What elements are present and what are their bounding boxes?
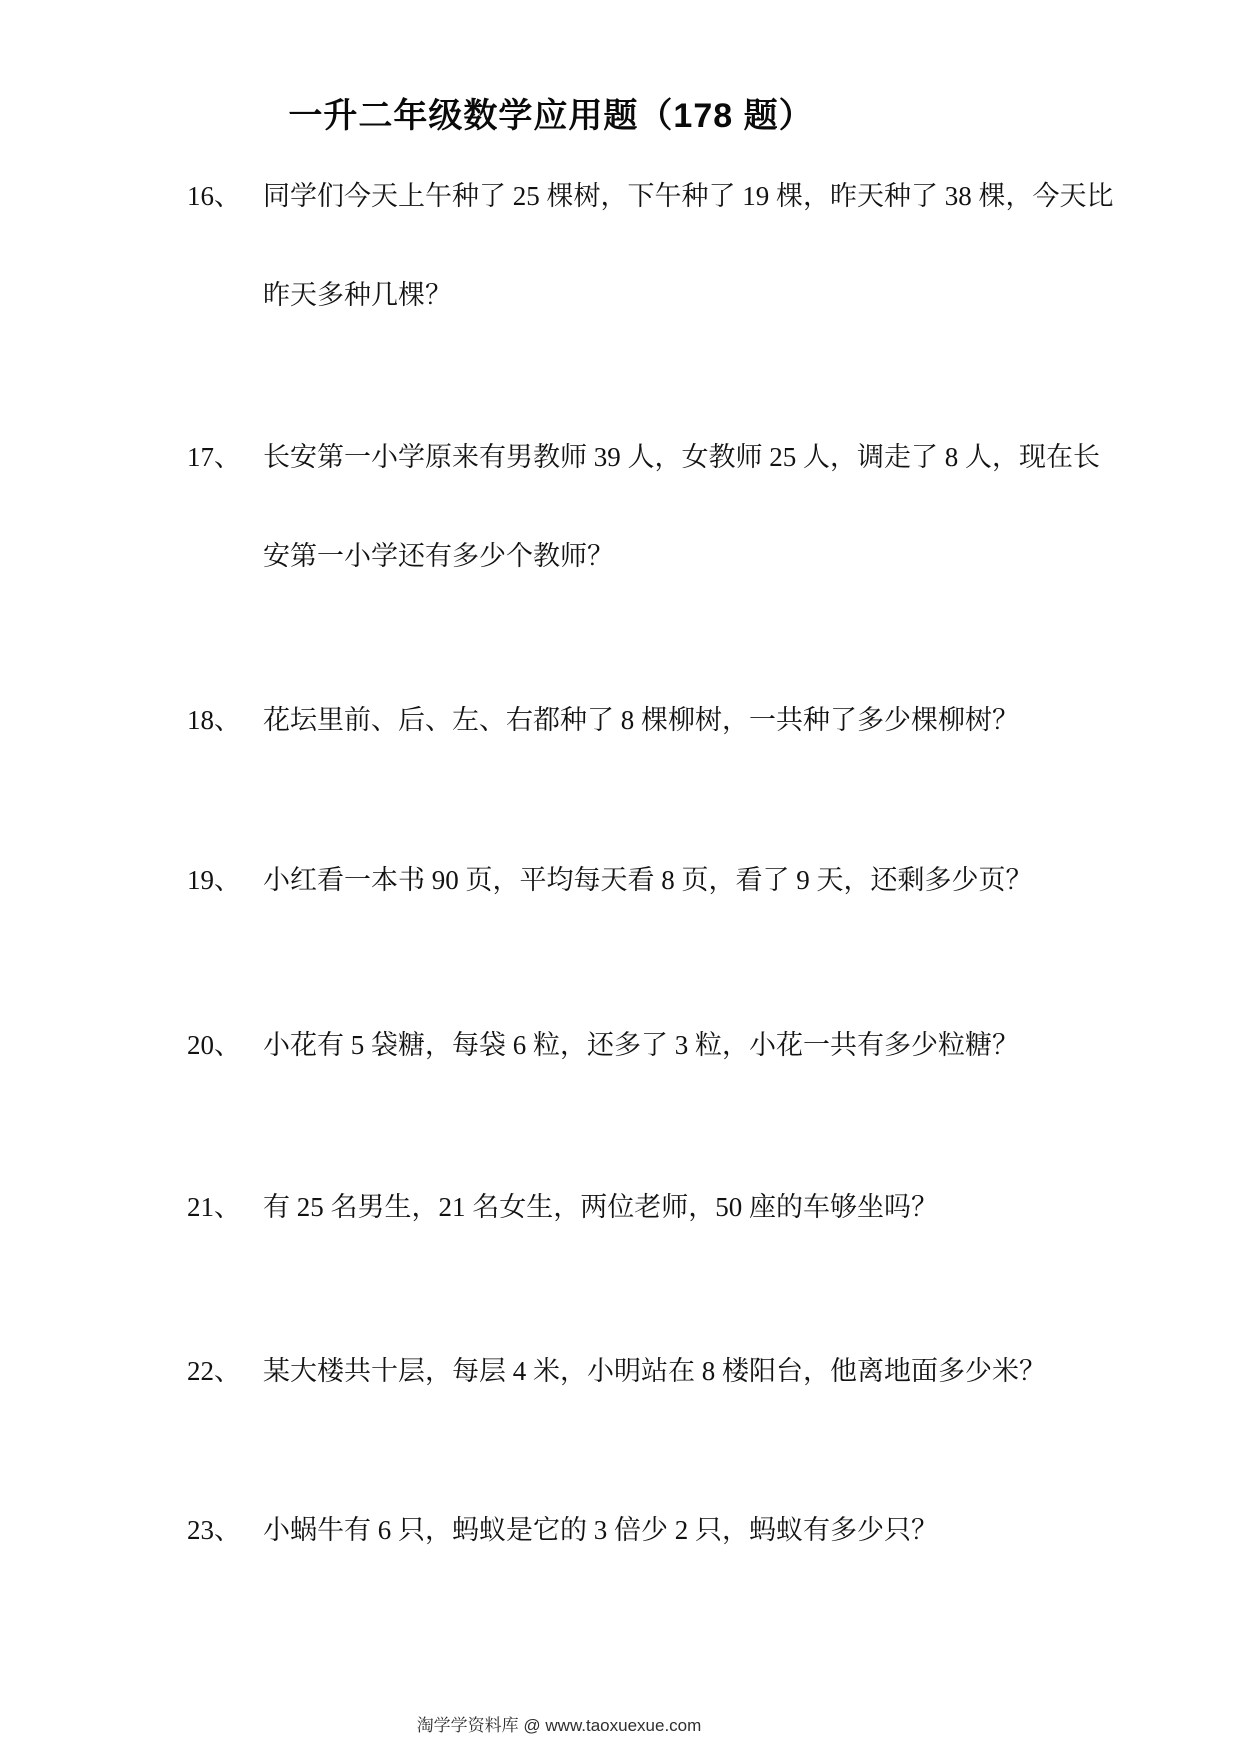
problem-line: 19、小红看一本书 90 页，平均每天看 8 页，看了 9 天，还剩多少页？	[0, 860, 1240, 900]
problem-text: 某大楼共十层，每层 4 米，小明站在 8 楼阳台，他离地面多少米？	[263, 1356, 1046, 1386]
problem-number: 23、	[187, 1510, 241, 1550]
problem-number: 18、	[187, 700, 241, 740]
page-title: 一升二年级数学应用题（178 题）	[0, 94, 1102, 138]
problem-number: 17、	[187, 437, 241, 477]
problem-item-21: 21、有 25 名男生，21 名女生，两位老师，50 座的车够坐吗？	[0, 1187, 1240, 1227]
problem-line: 20、小花有 5 袋糖，每袋 6 粒，还多了 3 粒，小花一共有多少粒糖？	[0, 1025, 1240, 1065]
problem-number: 16、	[187, 176, 241, 216]
problem-text: 小蜗牛有 6 只，蚂蚁是它的 3 倍少 2 只，蚂蚁有多少只？	[263, 1515, 938, 1545]
problem-item-17: 17、长安第一小学原来有男教师 39 人，女教师 25 人，调走了 8 人，现在…	[0, 437, 1240, 576]
problem-text: 花坛里前、后、左、右都种了 8 棵柳树，一共种了多少棵柳树？	[263, 705, 1019, 735]
problem-item-16: 16、同学们今天上午种了 25 棵树，下午种了 19 棵，昨天种了 38 棵，今…	[0, 176, 1240, 315]
problem-text: 同学们今天上午种了 25 棵树，下午种了 19 棵，昨天种了 38 棵，今天比	[263, 181, 1114, 211]
problem-line: 18、花坛里前、后、左、右都种了 8 棵柳树，一共种了多少棵柳树？	[0, 700, 1240, 740]
problem-text: 长安第一小学原来有男教师 39 人，女教师 25 人，调走了 8 人，现在长	[263, 442, 1100, 472]
problem-line: 21、有 25 名男生，21 名女生，两位老师，50 座的车够坐吗？	[0, 1187, 1240, 1227]
problem-item-20: 20、小花有 5 袋糖，每袋 6 粒，还多了 3 粒，小花一共有多少粒糖？	[0, 1025, 1240, 1065]
problem-text: 昨天多种几棵？	[263, 280, 452, 310]
document-page: 一升二年级数学应用题（178 题） 16、同学们今天上午种了 25 棵树，下午种…	[0, 0, 1240, 1753]
problem-text: 小红看一本书 90 页，平均每天看 8 页，看了 9 天，还剩多少页？	[263, 865, 1033, 895]
problem-number: 22、	[187, 1351, 241, 1391]
problem-line: 23、小蜗牛有 6 只，蚂蚁是它的 3 倍少 2 只，蚂蚁有多少只？	[0, 1510, 1240, 1550]
problem-item-19: 19、小红看一本书 90 页，平均每天看 8 页，看了 9 天，还剩多少页？	[0, 860, 1240, 900]
problem-number: 19、	[187, 860, 241, 900]
problem-text: 安第一小学还有多少个教师？	[263, 541, 614, 571]
problem-text: 小花有 5 袋糖，每袋 6 粒，还多了 3 粒，小花一共有多少粒糖？	[263, 1030, 1019, 1060]
problem-line: 17、长安第一小学原来有男教师 39 人，女教师 25 人，调走了 8 人，现在…	[0, 437, 1240, 477]
problem-number: 20、	[187, 1025, 241, 1065]
problem-text: 有 25 名男生，21 名女生，两位老师，50 座的车够坐吗？	[263, 1192, 938, 1222]
problem-item-22: 22、某大楼共十层，每层 4 米，小明站在 8 楼阳台，他离地面多少米？	[0, 1351, 1240, 1391]
problem-item-23: 23、小蜗牛有 6 只，蚂蚁是它的 3 倍少 2 只，蚂蚁有多少只？	[0, 1510, 1240, 1550]
problem-item-18: 18、花坛里前、后、左、右都种了 8 棵柳树，一共种了多少棵柳树？	[0, 700, 1240, 740]
problem-line: 安第一小学还有多少个教师？	[0, 536, 1240, 576]
problem-number: 21、	[187, 1187, 241, 1227]
problem-line: 昨天多种几棵？	[0, 275, 1240, 315]
problem-line: 16、同学们今天上午种了 25 棵树，下午种了 19 棵，昨天种了 38 棵，今…	[0, 176, 1240, 216]
footer-watermark: 淘学学资料库 @ www.taoxuexue.com	[0, 1712, 1118, 1740]
problem-line: 22、某大楼共十层，每层 4 米，小明站在 8 楼阳台，他离地面多少米？	[0, 1351, 1240, 1391]
